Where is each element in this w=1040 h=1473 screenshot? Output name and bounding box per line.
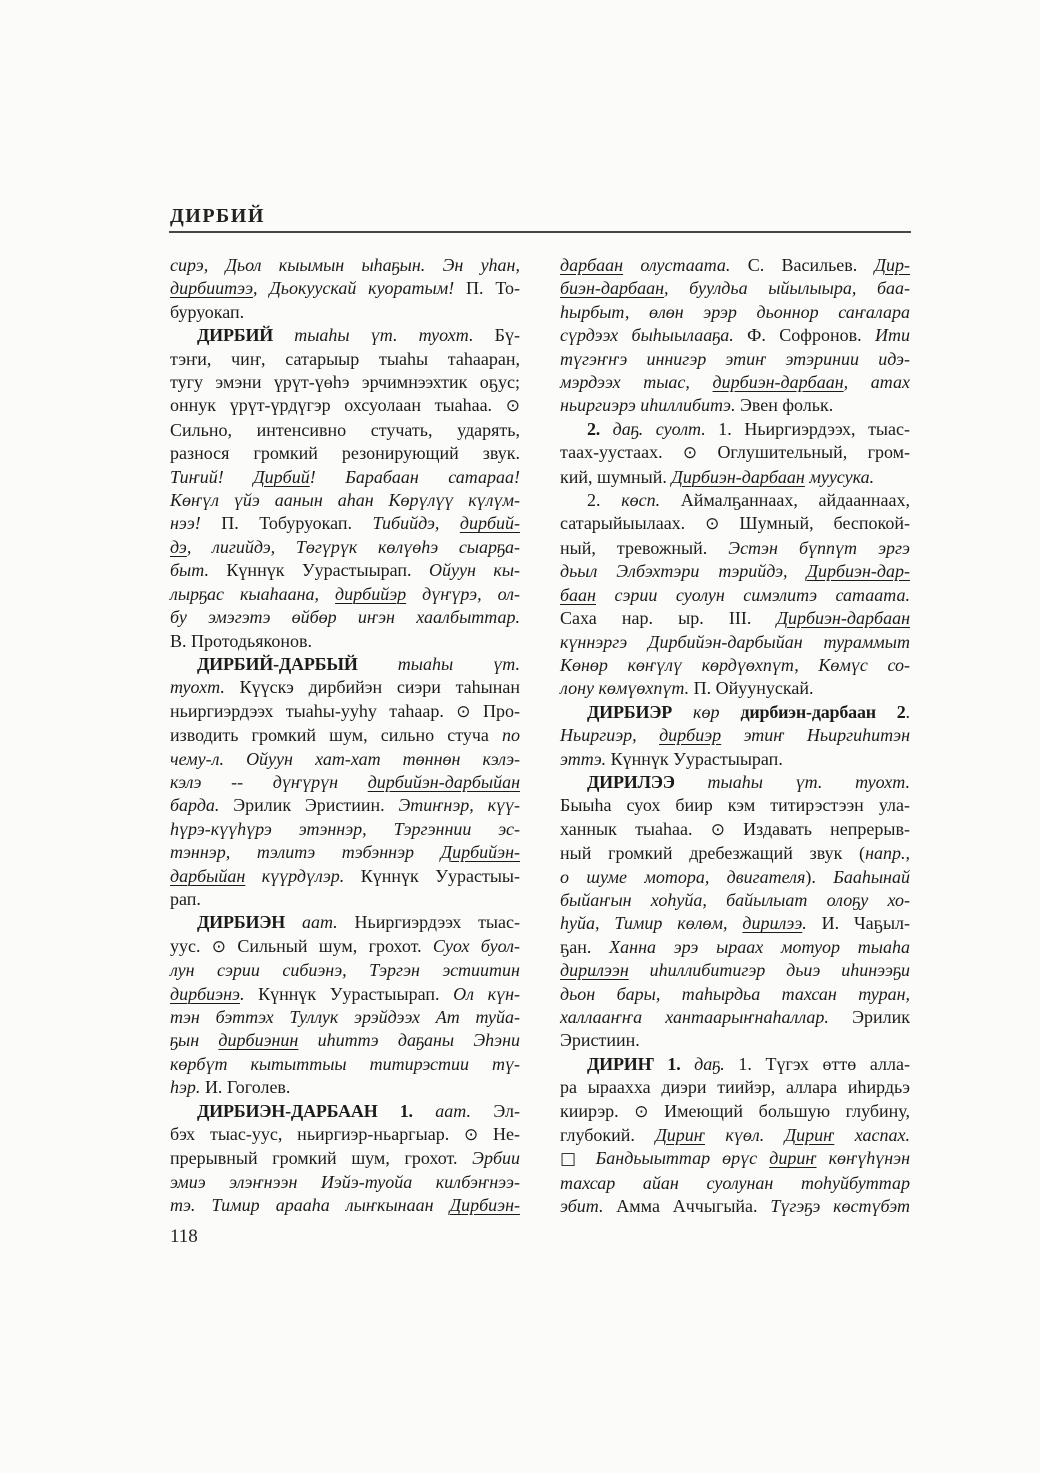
text-run: Ханна эрэ ыраах мотуор тыаһа xyxy=(609,937,910,957)
text-run: Көҥүл үйэ аанын аһан Көрүлүү күлүм- xyxy=(170,490,520,510)
text-run: Күннүк Уурастыырап. xyxy=(209,560,429,580)
underlined-term: Дирбиэн- xyxy=(450,1195,520,1215)
text-run: тэн бэттэх Туллук эрэйдээх Ат туйа- xyxy=(170,1007,520,1027)
text-run: В. Протодьяконов. xyxy=(170,631,312,651)
text-run: көрбүт кытыттыы титирэстии тү- xyxy=(170,1054,520,1074)
underlined-term: Дирбий xyxy=(253,467,310,487)
headword-text: 2. xyxy=(587,419,600,439)
text-run: 2. xyxy=(587,490,621,510)
text-run: быйаҥын хоһуйа, байылыат олоҕу хо- xyxy=(560,890,910,910)
text-run: прерывный громкий шум, грохот. xyxy=(170,1148,472,1168)
underlined-term: Дириҥ xyxy=(655,1125,705,1145)
text-line: ный громкий дребезжащий звук (напр., xyxy=(560,842,910,865)
text-run: И. Гоголев. xyxy=(200,1077,290,1097)
underlined-term: дарбаан xyxy=(560,255,623,275)
text-run: по xyxy=(502,725,520,745)
text-run: глубокий. xyxy=(560,1125,655,1145)
text-line: ханнык тыаһаа. ⊙ Издавать непрерыв- xyxy=(560,818,910,842)
underlined-term: Дирбиэн-дарбаан xyxy=(671,467,804,487)
text-run: барда. xyxy=(170,795,219,815)
underlined-term: дарбыйан xyxy=(170,866,245,886)
text-line: кэлэ -- дүҥүрүн дирбийэн-дарбыйан xyxy=(170,771,520,794)
headword-text: ДИРБИЭР xyxy=(587,702,672,722)
text-line: ҕын дирбиэнин иһиттэ даҕаны Эһэни xyxy=(170,1029,520,1052)
headword-text: ДИРИҤ 1. xyxy=(587,1054,681,1074)
text-line: уус. ⊙ Сильный шум, грохот. Суох буол- xyxy=(170,935,520,959)
continuation-paragraph: сирэ, Дьол кыымын ыһаҕын. Эн уһан,дирбии… xyxy=(170,254,520,324)
text-run: иһиттэ даҕаны Эһэни xyxy=(298,1030,520,1050)
text-run: кий, шумный. xyxy=(560,467,671,487)
text-line: 2. көсп. Аймалҕаннаах, айдааннаах, xyxy=(560,489,910,512)
text-line: эттэ. Күннүк Уурастыырап. xyxy=(560,748,910,771)
underlined-term: дирбиэр xyxy=(659,725,721,745)
text-run: таах-уустаах. xyxy=(560,442,683,462)
running-head: ДИРБИЙ xyxy=(170,206,265,226)
text-run: сатарыйыылаах. xyxy=(560,513,705,533)
text-run: уус. xyxy=(170,936,212,956)
text-run: ный, тревожный. xyxy=(560,538,728,558)
text-run: Амма Аччыгыйа. xyxy=(603,1196,770,1216)
text-run: муусука. xyxy=(805,467,874,487)
text-line: 2. даҕ. суолт. 1. Ньиргиэрдээх, тыас- xyxy=(560,418,910,441)
text-line: ДИРБИЭН аат. Ньиргиэрдээх тыас- xyxy=(170,911,520,934)
text-line: биэн-дарбаан, буулдьа ыйылыыра, баа- xyxy=(560,277,910,300)
text-line: дьон бары, таһырдьа тахсан туран, xyxy=(560,983,910,1006)
text-run: дьон бары, таһырдьа тахсан туран, xyxy=(560,984,910,1004)
text-line: изводить громкий шум, сильно стуча по xyxy=(170,724,520,747)
text-line: оннук үрүт-үрдүгэр охсуолаан тыаһаа. ⊙ xyxy=(170,394,520,418)
text-line: дэ, лигийдэ, Төгүрүк көлүөһэ сыарҕа- xyxy=(170,536,520,559)
text-run: түгэҥҥэ иннигэр этиҥ этэринии идэ- xyxy=(560,349,910,369)
entry-paragraph: ДИРБИЭН-ДАРБААН 1. аат. Эл-бэх тыас-уус,… xyxy=(170,1100,520,1218)
text-line: барда. Эрилик Эристиин. Этиҥнэр, күү- xyxy=(170,794,520,817)
text-run: Быыһа суох биир кэм титирэстээн ула- xyxy=(560,795,910,815)
text-line: эбит. Амма Аччыгыйа. Түгэҕэ көстүбэт xyxy=(560,1195,910,1218)
text-run: Сильный шум, грохот. xyxy=(226,936,433,956)
text-columns: сирэ, Дьол кыымын ыһаҕын. Эн уһан,дирбии… xyxy=(170,254,910,1219)
underlined-term: Дириҥ xyxy=(785,1125,835,1145)
text-line: түгэҥҥэ иннигэр этиҥ этэринии идэ- xyxy=(560,348,910,371)
text-run: Аймалҕаннаах, айдааннаах, xyxy=(660,490,910,510)
text-run: ньиргиэрэ иһиллибитэ. xyxy=(560,395,735,415)
text-run: тахсар айан суолунан тоһуйбуттар xyxy=(560,1173,910,1193)
text-line: эмиэ элэҥнээн Иэйэ-туойа килбэҥнээ- xyxy=(170,1171,520,1194)
text-run: Ньиргиэрдээх тыас- xyxy=(338,912,520,932)
text-run: лону көмүөхпүт. xyxy=(560,678,689,698)
text-line: прерывный громкий шум, грохот. Эрбии xyxy=(170,1147,520,1170)
text-line: киирэр. ⊙ Имеющий большую глубину, xyxy=(560,1100,910,1124)
text-run: аат. xyxy=(413,1101,471,1121)
text-run: изводить громкий шум, сильно стуча xyxy=(170,725,502,745)
text-run: Не- xyxy=(478,1124,520,1144)
underlined-term: дирбиэнэ xyxy=(170,984,240,1004)
text-run: Тиҥий! xyxy=(170,467,253,487)
text-run: күөл. xyxy=(705,1125,785,1145)
text-run: Издавать непрерыв- xyxy=(725,819,910,839)
text-line: ДИРИЛЭЭ тыаһы үт. туохт. xyxy=(560,771,910,794)
text-run: Ити xyxy=(875,325,910,345)
text-run: Эрилик xyxy=(829,1007,910,1027)
text-line: Быыһа суох биир кэм титирэстээн ула- xyxy=(560,794,910,817)
text-run: Суох буол- xyxy=(433,936,520,956)
text-line: ра ыраахха диэри тиийэр, аллара иһирдьэ xyxy=(560,1076,910,1099)
text-run: о шуме мотора, двигателя xyxy=(560,867,805,887)
text-run: Бааһынай xyxy=(833,867,910,887)
text-run: иһиллибитигэр дьиэ иһинээҕи xyxy=(629,960,910,980)
text-line: быйаҥын хоһуйа, байылыат олоҕу хо- xyxy=(560,889,910,912)
text-run: Бандьыыттар өрүс xyxy=(584,1148,770,1168)
text-run: ҕын xyxy=(170,1030,218,1050)
text-line: разнося громкий резонирующий звук. xyxy=(170,442,520,465)
text-run: мэрдээх тыас, xyxy=(560,372,713,392)
text-line: Көҥүл үйэ аанын аһан Көрүлүү күлүм- xyxy=(170,489,520,512)
text-run: Эристиин. xyxy=(560,1030,640,1050)
text-run: Күннүк Уурастыырап. xyxy=(244,984,453,1004)
text-line: сүрдээх быһыылааҕа. Ф. Софронов. Ити xyxy=(560,324,910,347)
text-run: Түгэҕэ көстүбэт xyxy=(770,1196,910,1216)
text-line: ДИРБИЭР көр дирбиэн-дарбаан 2. xyxy=(560,701,910,724)
definition-marker: ⊙ xyxy=(212,937,226,957)
text-line: о шуме мотора, двигателя). Бааһынай xyxy=(560,866,910,889)
text-run: чему-л. xyxy=(170,749,224,769)
text-line: Көнөр көҥүлү көрдүөхпүт, Көмүс со- xyxy=(560,654,910,677)
text-run: дүҥүрэ, ол- xyxy=(406,584,520,604)
continuation-paragraph: дарбаан олустаата. С. Васильев. Дир-биэн… xyxy=(560,254,910,418)
text-run: һэр. xyxy=(170,1077,200,1097)
text-run: лырҕас кыаһаана, xyxy=(170,584,335,604)
text-run: Ойуун кы- xyxy=(429,560,520,580)
text-line: нээ! П. Тобуруокап. Тибийдэ, дирбий- xyxy=(170,512,520,535)
underlined-term: биэн-дарбаан xyxy=(560,278,664,298)
definition-marker: ⊙ xyxy=(683,443,697,463)
text-line: дарбыйан күүрдүлэр. Күннүк Уурастыы- xyxy=(170,865,520,888)
underlined-term: дирилээ xyxy=(742,913,802,933)
text-run: Эрбии xyxy=(472,1148,520,1168)
text-run: Күннүк Уурастыырап. xyxy=(606,749,783,769)
underlined-term: Дирбийэн- xyxy=(441,842,520,862)
text-line: дирилээн иһиллибитигэр дьиэ иһинээҕи xyxy=(560,959,910,982)
headword-text: дирбиэн-дарбаан 2 xyxy=(740,702,905,722)
text-run: ный громкий дребезжащий звук ( xyxy=(560,843,865,863)
text-line: Ньиргиэр, дирбиэр этиҥ Ньиргиһитэн xyxy=(560,724,910,747)
definition-marker: ⊙ xyxy=(705,514,719,534)
headword-text: ДИРБИЙ-ДАРБЫЙ xyxy=(197,654,358,674)
text-line: тахсар айан суолунан тоһуйбуттар xyxy=(560,1172,910,1195)
text-run: , Дьокуускай куоратым! xyxy=(253,278,454,298)
text-line: ДИРБИЙ тыаһы үт. туохт. Бү- xyxy=(170,324,520,347)
text-run: Ол күн- xyxy=(453,984,520,1004)
text-run: сэрии суолун симэлитэ сатаата. xyxy=(596,585,910,605)
text-run: халлааҥҥа хантаарыҥнаһаллар. xyxy=(560,1007,829,1027)
underlined-term: Дирбиэн-дарбаан xyxy=(777,608,910,628)
text-run: Имеющий большую глубину, xyxy=(649,1101,910,1121)
text-run: Эл- xyxy=(471,1101,520,1121)
text-run: разнося громкий резонирующий звук. xyxy=(170,443,520,463)
text-line: Тиҥий! Дирбий! Барабаан сатараа! xyxy=(170,466,520,489)
definition-marker: ⊙ xyxy=(456,702,470,722)
text-run: Күннүк Уурастыы- xyxy=(344,866,520,886)
entry-paragraph: 2. даҕ. суолт. 1. Ньиргиэрдээх, тыас-таа… xyxy=(560,418,910,489)
text-line: дьыл Элбэхтэри тэрийдэ, Дирбиэн-дар- xyxy=(560,560,910,583)
text-line: бу эмэгэтэ өйбөр иҥэн хаалбыттар. xyxy=(170,606,520,629)
text-line: буруокап. xyxy=(170,301,520,324)
text-run: кэлэ -- дүҥүрүн xyxy=(170,772,368,792)
text-line: ДИРБИЭН-ДАРБААН 1. аат. Эл- xyxy=(170,1100,520,1123)
text-run: киирэр. xyxy=(560,1101,634,1121)
definition-marker: ⊙ xyxy=(711,820,725,840)
headword-text: ДИРБИЙ xyxy=(197,325,273,345)
page-number: 118 xyxy=(170,1226,198,1248)
text-run: көр xyxy=(672,702,719,722)
entry-paragraph: ДИРИЛЭЭ тыаһы үт. туохт.Быыһа суох биир … xyxy=(560,771,910,1053)
text-line: сирэ, Дьол кыымын ыһаҕын. Эн уһан, xyxy=(170,254,520,277)
text-run: Эстэн бүппүт эргэ xyxy=(728,538,910,558)
text-line: Саха нар. ыр. III. Дирбиэн-дарбаан xyxy=(560,607,910,630)
text-run: даҕ. суолт. xyxy=(600,419,706,439)
definition-marker: ⊙ xyxy=(634,1102,648,1122)
underlined-term: дирбиэн-дарбаан xyxy=(713,372,844,392)
text-run: П. Тобуруокап. xyxy=(201,513,373,533)
underlined-term: Дирбиэн-дар- xyxy=(807,561,910,581)
text-line: чему-л. Ойуун хат-хат төннөн кэлэ- xyxy=(170,748,520,771)
text-run: тэҥи, чиҥ, сатарыыр тыаһы таһааран, xyxy=(170,349,520,369)
text-run: тыаһы үт. туохт. xyxy=(273,325,473,345)
text-run: П. То- xyxy=(454,278,520,298)
text-run: Эвен фольк. xyxy=(735,395,833,415)
text-run: бу эмэгэтэ өйбөр иҥэн хаалбыттар. xyxy=(170,607,520,627)
text-run: 1. Ньиргиэрдээх, тыас- xyxy=(706,419,910,439)
text-run: , атах xyxy=(844,372,910,392)
text-run: П. Ойуунускай. xyxy=(689,678,813,698)
text-line: тэннэр, тэлитэ тэбэннэр Дирбийэн- xyxy=(170,841,520,864)
text-run xyxy=(224,749,246,769)
headword-text: ДИРБИЭН-ДАРБААН 1. xyxy=(197,1101,413,1121)
underlined-term: дирбиэнин xyxy=(218,1030,298,1050)
text-run: олустаата. xyxy=(623,255,730,275)
text-line: халлааҥҥа хантаарыҥнаһаллар. Эрилик xyxy=(560,1006,910,1029)
headword-text: ДИРИЛЭЭ xyxy=(587,772,675,792)
text-run xyxy=(719,702,740,722)
text-line: тэҥи, чиҥ, сатарыыр тыаһы таһааран, xyxy=(170,348,520,371)
text-line: баан сэрии суолун симэлитэ сатаата. xyxy=(560,584,910,607)
text-run: тугу эмэни үрүт-үөһэ эрчимнээхтик оҕус; xyxy=(170,372,520,392)
definition-marker: ⊙ xyxy=(506,396,520,416)
text-line: ный, тревожный. Эстэн бүппүт эргэ xyxy=(560,537,910,560)
text-line: көрбүт кытыттыы титирэстии тү- xyxy=(170,1053,520,1076)
text-run: Тибийдэ, xyxy=(372,513,459,533)
text-run: напр., xyxy=(865,843,910,863)
text-run: Көнөр көҥүлү көрдүөхпүт, Көмүс со- xyxy=(560,655,910,675)
text-line: мэрдээх тыас, дирбиэн-дарбаан, атах xyxy=(560,371,910,394)
text-run: аат. xyxy=(285,912,338,932)
entry-paragraph: ДИРБИЭН аат. Ньиргиэрдээх тыас-уус. ⊙ Си… xyxy=(170,911,520,1099)
text-run: ҕан. xyxy=(560,937,609,957)
definition-marker: ⊙ xyxy=(464,1125,478,1145)
text-run: С. Васильев. xyxy=(730,255,874,275)
entry-paragraph: ДИРБИЙ тыаһы үт. туохт. Бү-тэҥи, чиҥ, са… xyxy=(170,324,520,653)
text-run: лун сэрии сибиэнэ, Тэргэн эстиитин xyxy=(170,960,520,980)
text-run: нээ! xyxy=(170,513,201,533)
text-run: Ньиргиэр, xyxy=(560,725,659,745)
text-run: Сильно, интенсивно стучать, ударять, xyxy=(170,420,520,440)
underlined-term: дэ xyxy=(170,537,187,557)
text-line: ДИРИҤ 1. даҕ. 1. Түгэх өттө алла- xyxy=(560,1053,910,1076)
entry-paragraph: ДИРИҤ 1. даҕ. 1. Түгэх өттө алла-ра ыраа… xyxy=(560,1053,910,1219)
text-run: хаспах. xyxy=(834,1125,910,1145)
entry-paragraph: ДИРБИЙ-ДАРБЫЙ тыаһы үт.туохт. Күүскэ дир… xyxy=(170,653,520,911)
text-run: һуйа, Тимир көлөм, xyxy=(560,913,742,933)
text-run: эмиэ элэҥнээн Иэйэ-туойа килбэҥнээ- xyxy=(170,1172,520,1192)
text-run: Эрилик Эристиин. xyxy=(219,795,398,815)
text-run: эттэ. xyxy=(560,749,606,769)
underlined-term: дирбий- xyxy=(460,513,520,533)
text-line: ньиргиэрдээх тыаһы-ууһу таһаар. ⊙ Про- xyxy=(170,700,520,724)
underlined-term: Дир- xyxy=(875,255,910,275)
text-run: рап. xyxy=(170,889,201,909)
text-run: тыаһы үт. xyxy=(358,654,520,674)
text-line: ньиргиэрэ иһиллибитэ. Эвен фольк. xyxy=(560,394,910,417)
text-run: һүрэ-күүһүрэ этэннэр, Тэргэннии эс- xyxy=(170,819,520,839)
text-run: бэх тыас-уус, ньиргиэр-ньаргыар. xyxy=(170,1124,464,1144)
text-line: Эристиин. xyxy=(560,1029,910,1052)
text-line: □ Бандьыыттар өрүс дириҥ көҥүһүнэн xyxy=(560,1147,910,1171)
text-run: , буулдьа ыйылыыра, баа- xyxy=(664,278,910,298)
text-run: Шумный, беспокой- xyxy=(719,513,910,533)
text-run: ! Барабаан сатараа! xyxy=(310,467,520,487)
text-line: лырҕас кыаһаана, дирбийэр дүҥүрэ, ол- xyxy=(170,583,520,606)
text-run: тэннэр, тэлитэ тэбэннэр xyxy=(170,842,441,862)
underlined-term: дириҥ xyxy=(769,1148,816,1168)
text-line: Сильно, интенсивно стучать, ударять, xyxy=(170,419,520,442)
text-line: В. Протодьяконов. xyxy=(170,630,520,653)
text-run: ханнык тыаһаа. xyxy=(560,819,711,839)
text-line: һуйа, Тимир көлөм, дирилээ. И. Чаҕыл- xyxy=(560,912,910,935)
text-run: сирэ, Дьол кыымын ыһаҕын. Эн уһан, xyxy=(170,255,520,275)
text-line: дирбиитээ, Дьокуускай куоратым! П. То- xyxy=(170,277,520,300)
text-run: туохт. xyxy=(170,677,225,697)
text-run: быт. xyxy=(170,560,209,580)
text-run: этиҥ Ньиргиһитэн xyxy=(721,725,910,745)
text-line: һэр. И. Гоголев. xyxy=(170,1076,520,1099)
entry-paragraph: ДИРБИЭР көр дирбиэн-дарбаан 2.Ньиргиэр, … xyxy=(560,701,910,771)
underlined-term: дирбийэр xyxy=(335,584,406,604)
text-run: 1. Түгэх өттө алла- xyxy=(725,1054,910,1074)
text-run: көҥүһүнэн xyxy=(817,1148,910,1168)
text-run: Саха нар. ыр. III. xyxy=(560,608,777,628)
text-line: глубокий. Дириҥ күөл. Дириҥ хаспах. xyxy=(560,1124,910,1147)
text-line: туохт. Күүскэ дирбийэн сиэри таһынан xyxy=(170,676,520,699)
text-line: кий, шумный. Дирбиэн-дарбаан муусука. xyxy=(560,466,910,489)
text-line: быт. Күннүк Уурастыырап. Ойуун кы- xyxy=(170,559,520,582)
text-run: эбит. xyxy=(560,1196,603,1216)
text-line: дирбиэнэ. Күннүк Уурастыырап. Ол күн- xyxy=(170,983,520,1006)
text-line: дарбаан олустаата. С. Васильев. Дир- xyxy=(560,254,910,277)
text-line: ДИРБИЙ-ДАРБЫЙ тыаһы үт. xyxy=(170,653,520,676)
text-run: ). xyxy=(805,867,833,887)
text-line: һүрэ-күүһүрэ этэннэр, Тэргэннии эс- xyxy=(170,818,520,841)
text-line: тэн бэттэх Туллук эрэйдээх Ат туйа- xyxy=(170,1006,520,1029)
left-column: сирэ, Дьол кыымын ыһаҕын. Эн уһан,дирбии… xyxy=(170,254,520,1219)
text-line: тэ. Тимир арааһа лыҥкынаан Дирбиэн- xyxy=(170,1194,520,1217)
text-run: һырбыт, өлөн эрэр дьоннор саҥалара xyxy=(560,302,910,322)
text-run: Күүскэ дирбийэн сиэри таһынан xyxy=(225,677,520,697)
text-run: Про- xyxy=(471,701,520,721)
example-marker: □ xyxy=(560,1149,584,1169)
right-column: дарбаан олустаата. С. Васильев. Дир-биэн… xyxy=(560,254,910,1219)
text-run: буруокап. xyxy=(170,302,244,322)
headword-text: ДИРБИЭН xyxy=(197,912,285,932)
underlined-term: дирилээн xyxy=(560,960,629,980)
text-line: ҕан. Ханна эрэ ыраах мотуор тыаһа xyxy=(560,936,910,959)
text-run: сүрдээх быһыылааҕа. xyxy=(560,325,734,345)
text-run: тыаһы үт. туохт. xyxy=(675,772,910,792)
text-run: Ойуун хат-хат төннөн кэлэ- xyxy=(246,749,520,769)
text-run: . xyxy=(906,702,911,722)
underlined-term: дирбиитээ xyxy=(170,278,253,298)
text-run: күннэргэ Дирбийэн-дарбыйан тураммыт xyxy=(560,632,910,652)
text-line: сатарыйыылаах. ⊙ Шумный, беспокой- xyxy=(560,512,910,536)
text-line: күннэргэ Дирбийэн-дарбыйан тураммыт xyxy=(560,631,910,654)
text-run: Бү- xyxy=(474,325,520,345)
text-line: бэх тыас-уус, ньиргиэр-ньаргыар. ⊙ Не- xyxy=(170,1123,520,1147)
underlined-term: баан xyxy=(560,585,596,605)
text-run: оннук үрүт-үрдүгэр охсуолаан тыаһаа. xyxy=(170,395,506,415)
text-line: рап. xyxy=(170,888,520,911)
header-rule xyxy=(169,231,911,233)
text-line: лун сэрии сибиэнэ, Тэргэн эстиитин xyxy=(170,959,520,982)
underlined-term: дирбийэн-дарбыйан xyxy=(368,772,520,792)
text-run: Этиҥнэр, күү- xyxy=(398,795,520,815)
text-line: һырбыт, өлөн эрэр дьоннор саҥалара xyxy=(560,301,910,324)
dictionary-page: ДИРБИЙ сирэ, Дьол кыымын ыһаҕын. Эн уһан… xyxy=(0,0,1040,1473)
text-run: , лигийдэ, Төгүрүк көлүөһэ сыарҕа- xyxy=(187,537,520,557)
text-run: И. Чаҕыл- xyxy=(807,913,910,933)
text-run: Ф. Софронов. xyxy=(734,325,875,345)
entry-paragraph: 2. көсп. Аймалҕаннаах, айдааннаах,сатары… xyxy=(560,489,910,701)
text-run: көсп. xyxy=(621,490,660,510)
text-line: лону көмүөхпүт. П. Ойуунускай. xyxy=(560,677,910,700)
text-run: ра ыраахха диэри тиийэр, аллара иһирдьэ xyxy=(560,1077,910,1097)
text-run: даҕ. xyxy=(681,1054,725,1074)
text-run: ньиргиэрдээх тыаһы-ууһу таһаар. xyxy=(170,701,456,721)
text-run: дьыл Элбэхтэри тэрийдэ, xyxy=(560,561,807,581)
text-run: Оглушительный, гром- xyxy=(697,442,910,462)
text-line: таах-уустаах. ⊙ Оглушительный, гром- xyxy=(560,441,910,465)
text-run: күүрдүлэр. xyxy=(245,866,344,886)
text-run: тэ. Тимир арааһа лыҥкынаан xyxy=(170,1195,450,1215)
text-line: тугу эмэни үрүт-үөһэ эрчимнээхтик оҕус; xyxy=(170,371,520,394)
